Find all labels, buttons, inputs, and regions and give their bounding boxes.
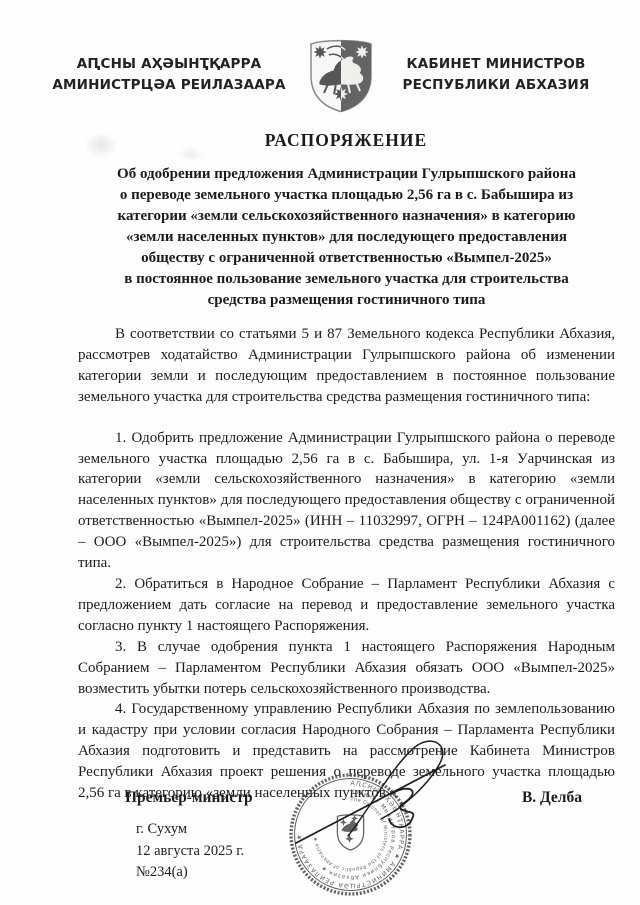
date-line: 12 августа 2025 г. [136,843,244,860]
header-russian-line2: РЕСПУБЛИКИ АБХАЗИЯ [390,75,602,96]
subject-line: обществу с ограниченной ответственностью… [78,248,615,269]
abkhazia-coat-of-arms-icon [304,36,378,114]
subject-line: категории «земли сельскохозяйственного н… [78,206,615,227]
signer-position-label: Премьер-министр [125,789,253,807]
body-paragraph: В соответствии со статьями 5 и 87 Земель… [78,324,615,408]
subject-line: «земли населенных пунктов» для последующ… [78,227,615,248]
subject-line: о переводе земельного участка площадью 2… [78,185,615,206]
place-line: г. Сухум [136,821,187,838]
subject-line: средства размещения гостиничного типа [78,290,615,311]
body-paragraph: 1. Одобрить предложение Администрации Гу… [78,428,615,574]
header-abkhaz-line2: АМИНИСТРЦӘА РЕИЛАЗААРА [40,75,298,96]
document-header: АԤСНЫ АҲӘЫНҬҚАРРА АМИНИСТРЦӘА РЕИЛАЗААРА [0,0,640,114]
signer-name: В. Делба [522,789,582,807]
subject-line: в постоянное пользование земельного учас… [78,269,615,290]
handwritten-signature [293,735,465,853]
header-abkhaz-title: АԤСНЫ АҲӘЫНҬҚАРРА АМИНИСТРЦӘА РЕИЛАЗААРА [40,54,298,96]
document-number: №234(а) [136,864,188,881]
header-russian-line1: КАБИНЕТ МИНИСТРОВ [390,54,602,75]
header-russian-title: КАБИНЕТ МИНИСТРОВ РЕСПУБЛИКИ АБХАЗИЯ [390,54,602,96]
decree-body: В соответствии со статьями 5 и 87 Земель… [0,324,640,804]
document-title: РАСПОРЯЖЕНИЕ [0,130,640,151]
subject-line: Об одобрении предложения Администрации Г… [78,164,615,185]
body-paragraph: 3. В случае одобрения пункта 1 настоящег… [78,637,615,700]
subject-heading: Об одобрении предложения Администрации Г… [0,164,640,311]
body-paragraph: 2. Обратиться в Народное Собрание – Парл… [78,574,615,637]
decree-document-page: АԤСНЫ АҲӘЫНҬҚАРРА АМИНИСТРЦӘА РЕИЛАЗААРА [0,0,640,905]
header-abkhaz-line1: АԤСНЫ АҲӘЫНҬҚАРРА [40,54,298,75]
